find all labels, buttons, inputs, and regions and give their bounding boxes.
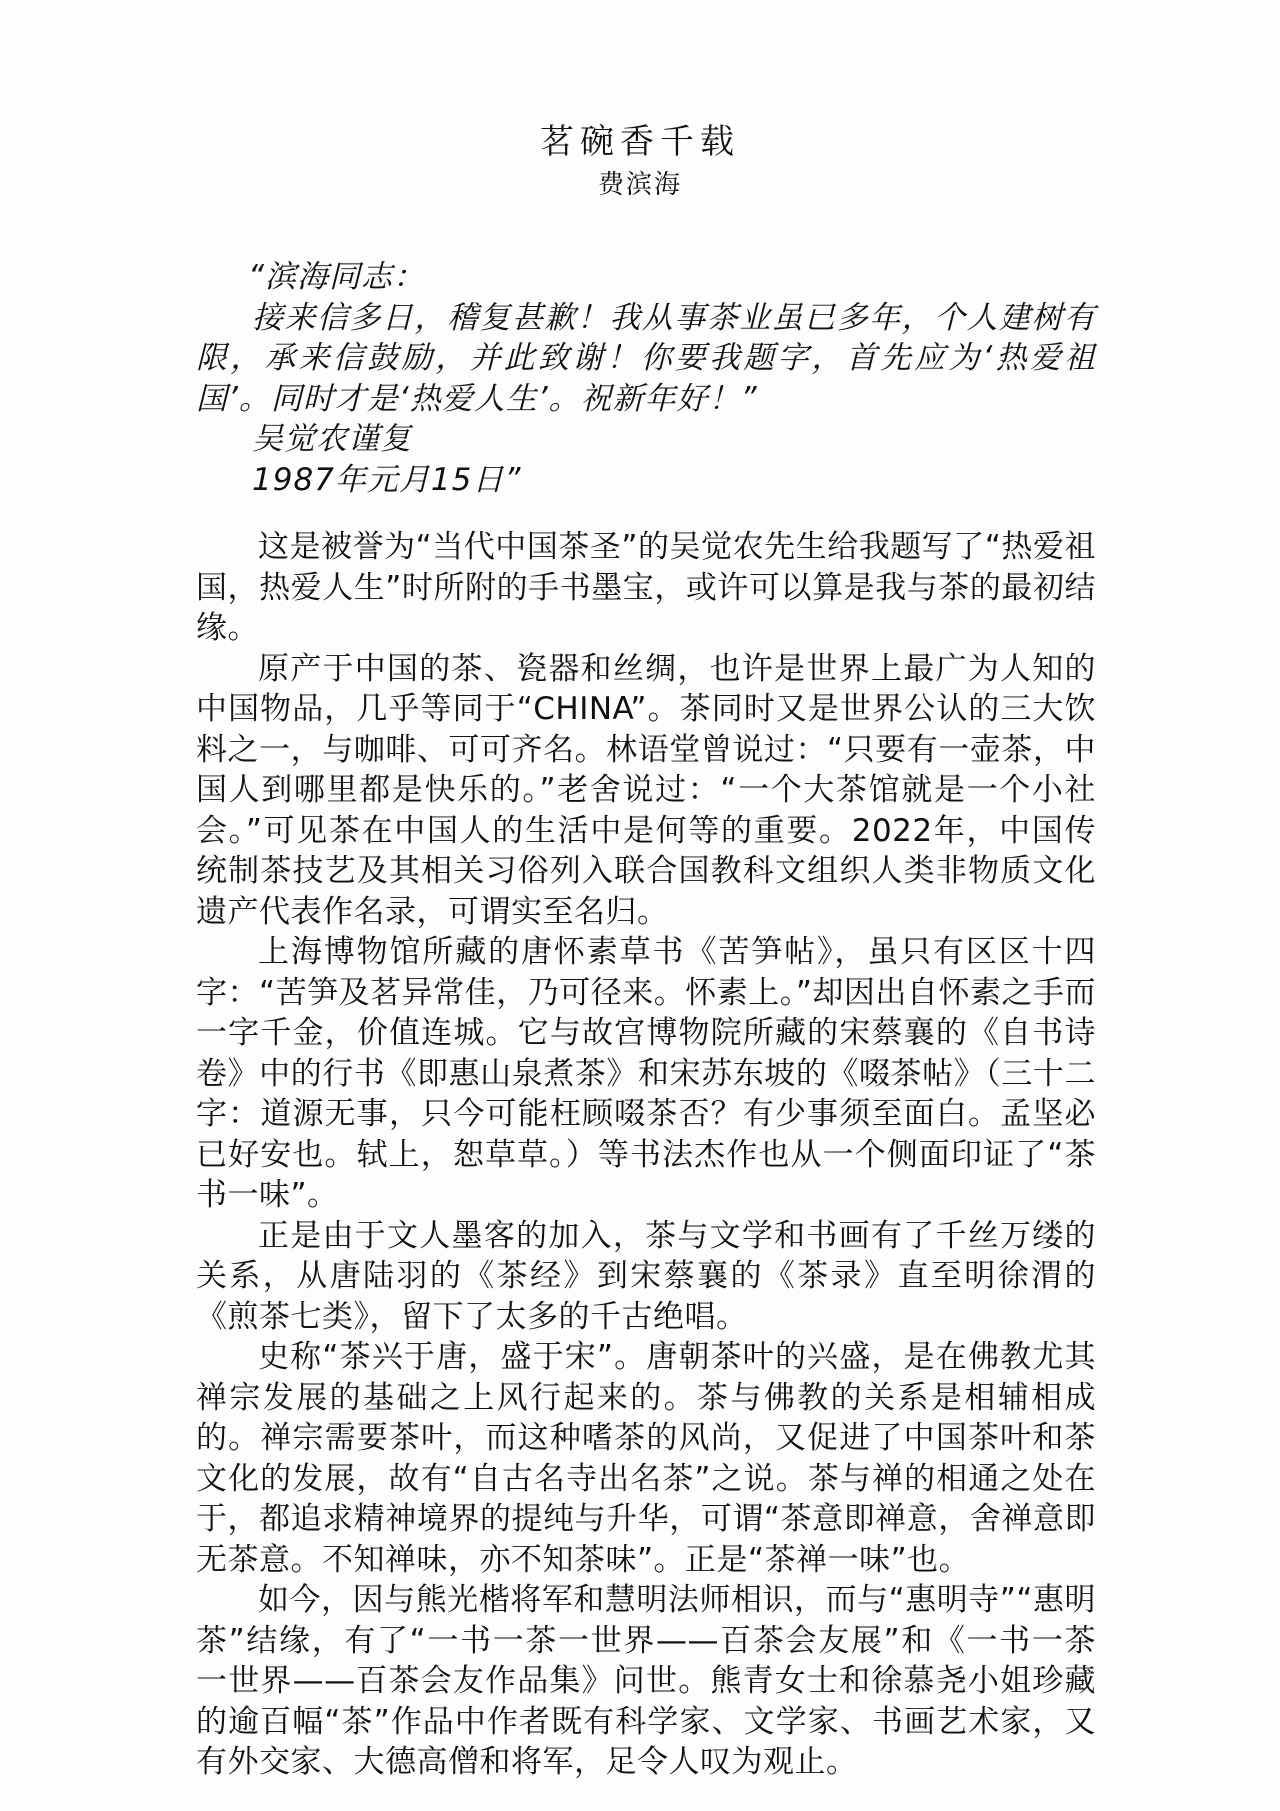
article-title: 茗碗香千载 [0,122,1280,162]
paragraph: 如今，因与熊光楷将军和慧明法师相识，而与“惠明寺”“惠明茶”结缘，有了“一书一茶… [196,1580,1096,1783]
letter-signature: 吴觉农谨复 [196,419,1096,460]
letter-date: 1987年元月15日” [196,460,1096,501]
quoted-letter: “滨海同志： 接来信多日，稽复甚歉！我从事茶业虽已多年，个人建树有限，承来信鼓励… [196,257,1096,500]
article-author: 费滨海 [0,168,1280,202]
paragraph: 史称“茶兴于唐，盛于宋”。唐朝茶叶的兴盛，是在佛教尤其禅宗发展的基础之上风行起来… [196,1337,1096,1580]
paragraph: 正是由于文人墨客的加入，茶与文学和书画有了千丝万缕的关系，从唐陆羽的《茶经》到宋… [196,1216,1096,1338]
paragraph: 上海博物馆所藏的唐怀素草书《苦笋帖》，虽只有区区十四字：“苦笋及茗异常佳，乃可径… [196,932,1096,1216]
letter-body: 接来信多日，稽复甚歉！我从事茶业虽已多年，个人建树有限，承来信鼓励，并此致谢！你… [196,298,1096,420]
article-body: 这是被誉为“当代中国茶圣”的吴觉农先生给我题写了“热爱祖国，热爱人生”时所附的手… [196,527,1096,1783]
document-page: 茗碗香千载 费滨海 “滨海同志： 接来信多日，稽复甚歉！我从事茶业虽已多年，个人… [0,0,1280,1811]
letter-greeting: “滨海同志： [196,257,1096,298]
paragraph: 原产于中国的茶、瓷器和丝绸，也许是世界上最广为人知的中国物品，几乎等同于“CHI… [196,649,1096,933]
paragraph: 这是被誉为“当代中国茶圣”的吴觉农先生给我题写了“热爱祖国，热爱人生”时所附的手… [196,527,1096,649]
